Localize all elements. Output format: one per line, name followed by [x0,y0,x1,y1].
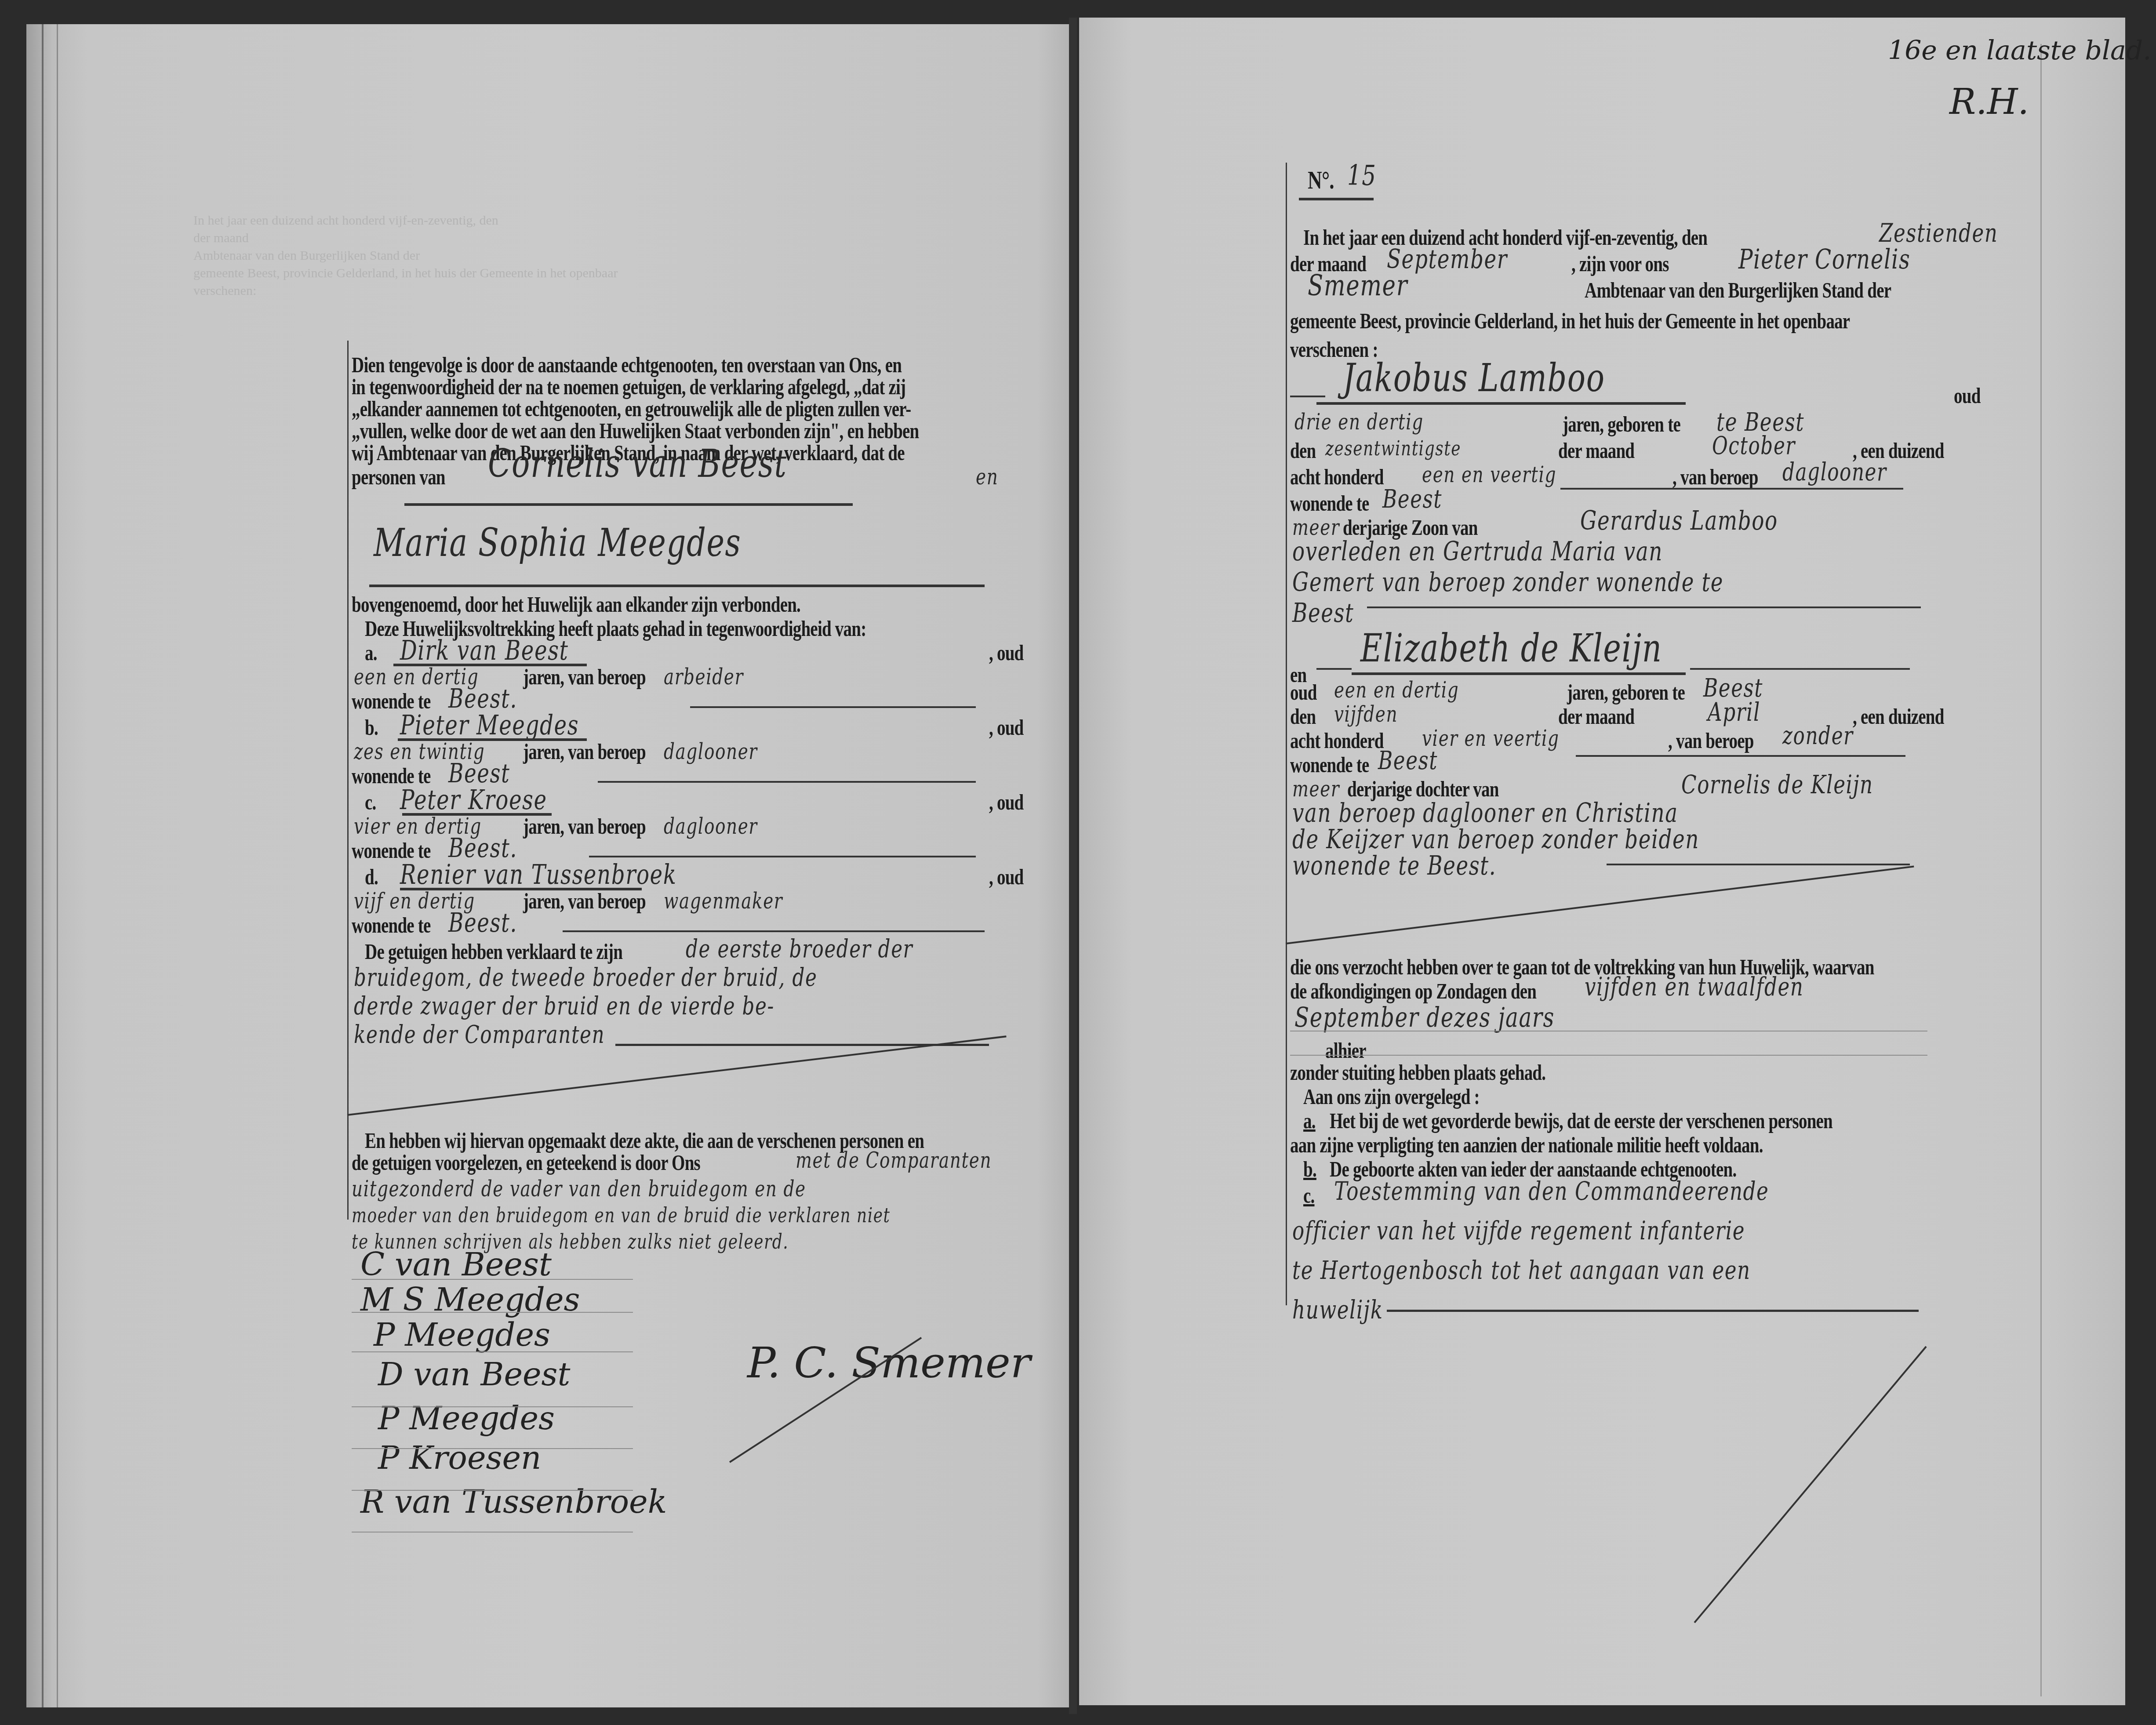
groom-residence: Beest [1382,486,1442,512]
signature-witness: P Meegdes [374,1316,550,1353]
item-a-text: aan zijne verpligting ten aanzien der na… [1290,1132,1763,1158]
en-word: en [976,464,998,490]
der-maand-label: der maand [1558,703,1634,730]
bleed-through-text: der maand [193,231,249,246]
item-c-text: te Hertogenbosch tot het aangaan van een [1292,1257,1751,1283]
witness-letter: a. [365,639,377,666]
marriage-day: Zestienden [1879,220,1998,246]
wonende-label: wonende te [352,912,431,938]
jaren-geboren: jaren, geboren te [1567,679,1685,705]
banns-label: de afkondigingen op Zondagen den [1290,978,1536,1004]
item-b-letter: b. [1303,1156,1316,1182]
witness-name: Renier van Tussenbroek [400,861,677,888]
bride-parents: wonende te Beest. [1292,853,1496,879]
banns-rule [1290,1031,1927,1031]
zijn-voor-ons: , zijn voor ons [1571,251,1669,277]
signature-rule [352,1448,633,1449]
act-number-label: N°. [1308,167,1334,193]
bleed-through-text: Ambtenaar van den Burgerlijken Stand der [193,248,420,263]
witness-residence: Beest. [448,910,517,936]
signature-witness: R van Tussenbroek [360,1483,667,1520]
oud-label: , oud [989,714,1023,741]
initials: R.H. [1949,81,2029,122]
declared-text: kende der Comparanten [354,1022,605,1048]
witness-occupation: daglooner [664,738,758,765]
banns-dates: September dezes jaars [1294,1004,1555,1031]
oud-label: oud [1954,382,1981,409]
item-c-end-rule [1387,1310,1919,1312]
official-signature: P. C. Smemer [747,1338,1031,1387]
declared-text: derde zwager der bruid en de vierde be- [354,993,774,1020]
oud-label: , oud [989,789,1023,815]
groom-birth-year: een en veertig [1422,461,1556,488]
right-page: 16e en laatste blad. R.H. N°. 15 In het … [1079,18,2125,1705]
oud-label: oud [1290,679,1317,705]
gemeente-line: gemeente Beest, provincie Gelderland, in… [1290,308,1850,334]
groom-parents: overleden en Gertruda Maria van [1292,538,1663,565]
ambtenaar-line: Ambtenaar van den Burgerlijken Stand der [1585,277,1891,303]
bleed-through-text: gemeente Beest, provincie Gelderland, in… [193,266,618,281]
groom-name: Jakobus Lamboo [1343,365,1605,391]
groom-name: Cornelis van Beest [488,450,787,477]
signature-witness: P Kroesen [378,1439,541,1476]
jaren-geboren: jaren, geboren te [1563,411,1680,437]
book-gutter [1069,18,1077,1714]
groom-underline [1316,402,1686,405]
act-number: 15 [1347,163,1377,189]
item-a-letter: a. [1303,1108,1316,1134]
parents-end-rule [1607,864,1910,865]
parents-end-rule [1367,606,1921,608]
bride-residence: Beest [1378,747,1438,774]
groom-birthplace: te Beest [1716,409,1804,435]
wonende-label: wonende te [1290,752,1369,778]
official-name: Pieter Cornelis [1738,246,1910,272]
folio-note: 16e en laatste blad. [1888,35,2151,66]
witness-name: Peter Kroese [400,787,547,813]
item-c-letter: c. [1303,1182,1315,1209]
signature-rule [352,1532,633,1533]
jaren-label: jaren, van beroep [523,888,646,914]
groom-underline [404,503,853,506]
witness-residence: Beest [448,760,510,787]
groom-birth-month: October [1712,433,1796,459]
witness-occupation: arbeider [664,664,744,690]
groom-rule [1290,396,1325,397]
groom-birth-day: zesentwintigste [1325,435,1461,461]
binding-edge [42,24,58,1707]
signature-rule [352,1490,633,1491]
groom-occupation: daglooner [1782,459,1887,486]
bride-name: Maria Sophia Meegdes [374,530,741,556]
left-margin-rule [347,341,349,1220]
groom-age: drie en dertig [1294,409,1424,435]
van-beroep: , van beroep [1672,464,1758,490]
den-label: den [1290,703,1316,730]
oud-label: , oud [989,639,1023,666]
item-a-text: Het bij de wet gevorderde bewijs, dat de… [1330,1108,1832,1134]
bride-parents: van beroep daglooner en Christina [1292,800,1678,826]
witness-letter: d. [365,864,378,890]
official-name: Smemer [1308,272,1408,299]
residence-rule [1560,488,1903,490]
item-c-text: huwelijk [1292,1296,1383,1323]
groom-parents: Gemert van beroep zonder wonende te [1292,569,1723,596]
signature-rule [352,1312,633,1313]
witness-name: Pieter Meegdes [400,712,579,738]
item-c-text: Toestemming van den Commandeerende [1334,1178,1769,1204]
bride-parents: de Keijzer van beroep zonder beiden [1292,826,1699,853]
den-label: den [1290,437,1316,464]
bride-birth-day: vijfden [1334,701,1398,727]
witness-letter: b. [365,714,378,741]
residence-rule [690,706,976,708]
residence-rule [598,781,976,783]
signature-rule [352,1351,633,1352]
signature-witness: D van Beest [378,1356,570,1393]
residence-rule [563,930,985,932]
act-number-underline [1299,198,1374,200]
left-page: In het jaar een duizend acht honderd vij… [26,24,1073,1707]
bride-occupation: zonder [1782,723,1853,749]
alhier-rule [1290,1055,1927,1056]
bride-underline [369,585,985,587]
no-objection: zonder stuiting hebben plaats gehad. [1290,1059,1545,1086]
residence-rule [1576,755,1905,757]
bride-birth-month: April [1708,699,1760,725]
wonende-label: wonende te [1290,490,1369,516]
left-margin-rule [1286,163,1287,1305]
bleed-through-text: In het jaar een duizend acht honderd vij… [193,213,498,228]
page-fold-line [2040,44,2042,1696]
bound-text: bovengenoemd, door het Huwelijk aan elka… [352,591,800,617]
bride-parents: Cornelis de Kleijn [1681,771,1873,798]
jaren-label: jaren, van beroep [523,664,646,690]
bleed-through-text: verschenen: [193,283,256,298]
closing-hand: met de Comparanten [796,1147,992,1173]
declared-text: bruidegom, de tweede broeder der bruid, … [354,965,817,991]
closing-slash [1694,1346,1927,1623]
closing-printed: de getuigen voorgelezen, en geteekend is… [352,1149,700,1176]
bride-rule [1690,668,1910,670]
witness-occupation: wagenmaker [664,888,783,914]
signature-witness: P Meegdes [378,1400,555,1437]
closing-hand: uitgezonderd de vader van den bruidegom … [352,1176,806,1202]
submitted-label: Aan ons zijn overgelegd : [1303,1083,1480,1110]
bride-age: een en dertig [1334,677,1459,703]
witness-letter: c. [365,789,376,815]
item-c-text: officier van het vijfde regement infante… [1292,1217,1745,1244]
een-duizend: , een duizend [1853,703,1944,730]
witness-residence: Beest. [448,835,517,861]
personen-label: personen van [352,464,445,490]
witness-name: Dirk van Beest [400,637,569,664]
bride-name: Elizabeth de Kleijn [1360,635,1662,661]
groom-parents: Gerardus Lamboo [1580,508,1778,534]
jaren-label: jaren, van beroep [523,813,646,839]
signature-groom: C van Beest [360,1246,552,1283]
declared-label: De getuigen hebben verklaard te zijn [365,938,622,965]
jaren-label: jaren, van beroep [523,738,646,765]
bride-underline [1352,672,1686,675]
witness-occupation: daglooner [664,813,758,839]
signature-rule [352,1279,633,1280]
acht-honderd: acht honderd [1290,727,1384,754]
der-maand-label: der maand [1558,437,1634,464]
oud-label: , oud [989,864,1023,890]
witness-residence: Beest. [448,686,517,712]
declared-text: de eerste broeder der [686,936,913,962]
banns-dates: vijfden en twaalfden [1585,973,1803,1000]
closing-hand: moeder van den bruidegom en van de bruid… [352,1202,891,1228]
residence-rule [589,856,976,857]
bride-rule [1316,668,1352,670]
acht-honderd: acht honderd [1290,464,1384,490]
bride-birth-year: vier en veertig [1422,725,1560,752]
van-beroep: , van beroep [1668,727,1754,754]
groom-parents: Beest [1292,600,1354,626]
signature-rule [352,1406,633,1407]
